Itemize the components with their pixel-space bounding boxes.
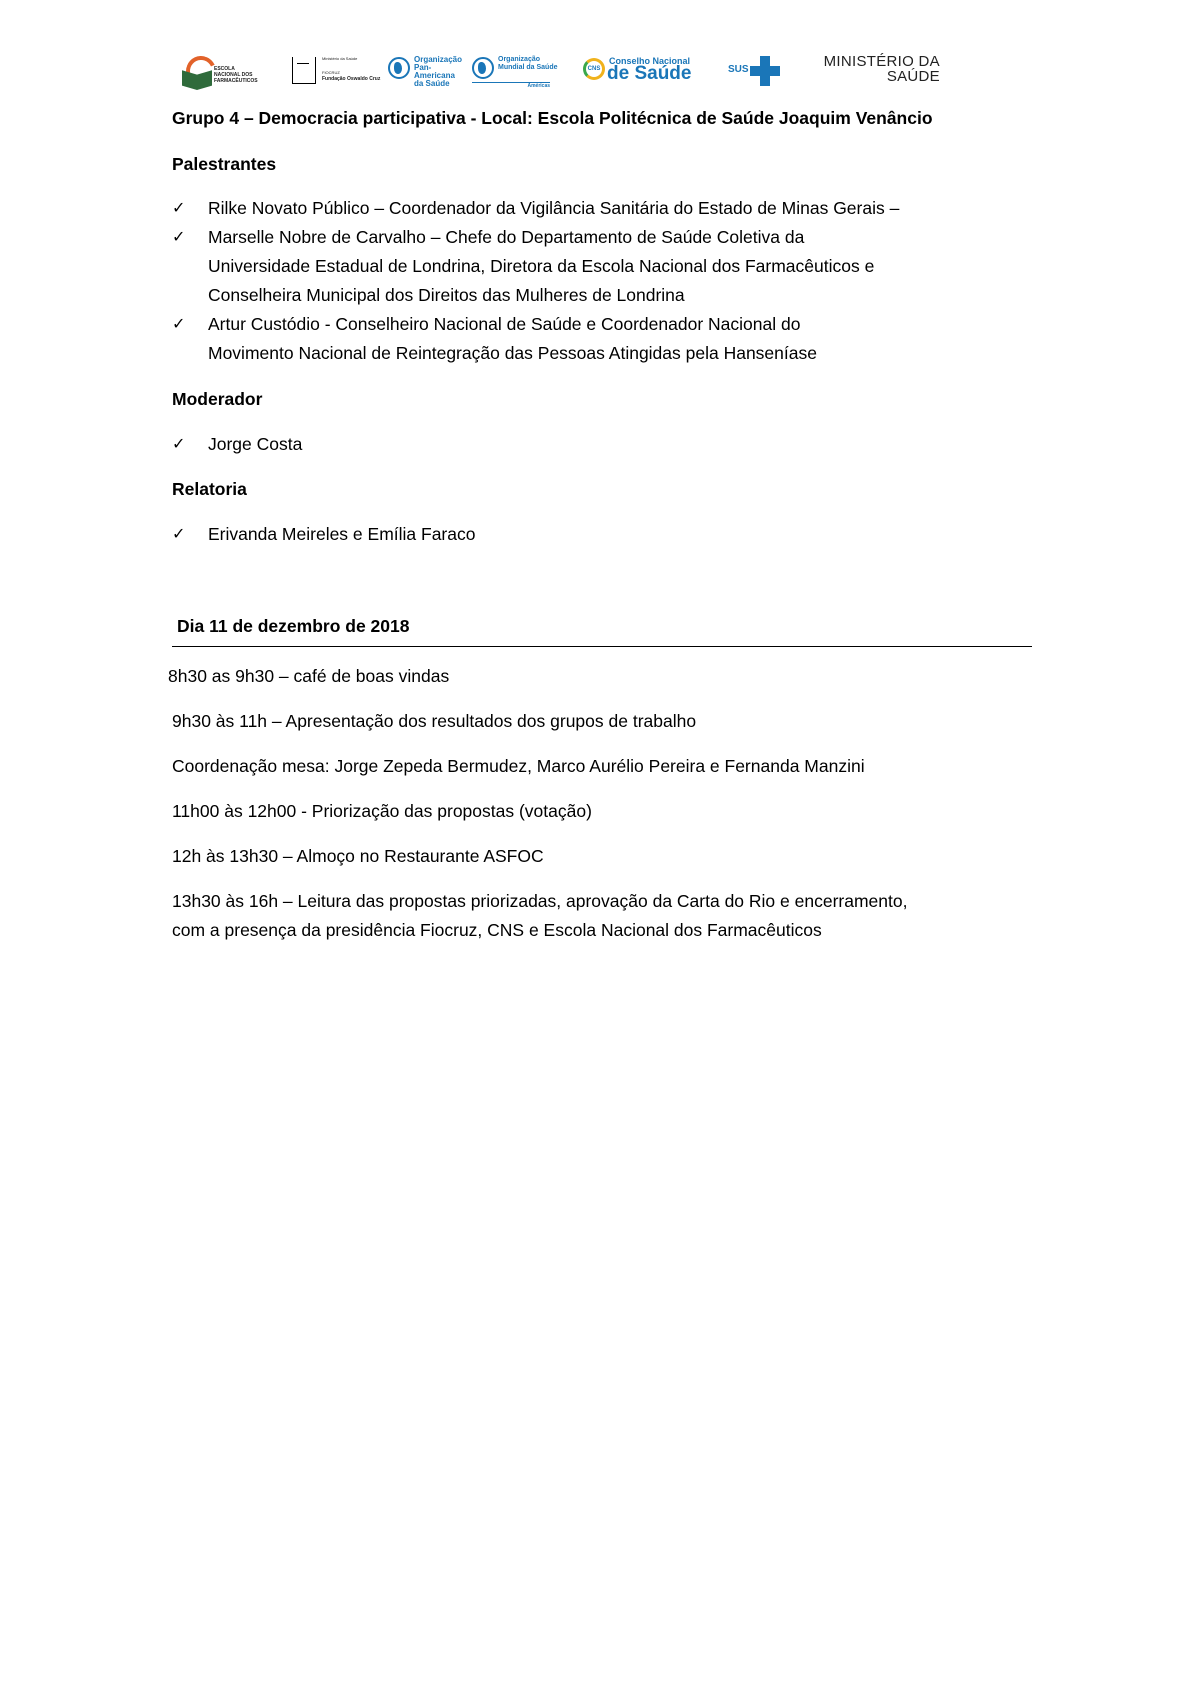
- logo-text: SUS: [728, 64, 749, 75]
- speaker-item: ✓ Artur Custódio - Conselheiro Nacional …: [208, 310, 800, 339]
- checkmark-icon: ✓: [172, 310, 192, 339]
- logo-text: Ministério da Saúde: [322, 56, 357, 61]
- schedule-item-continued: com a presença da presidência Fiocruz, C…: [172, 916, 822, 945]
- speaker-text: Universidade Estadual de Londrina, Diret…: [208, 256, 874, 276]
- moderator-heading: Moderador: [172, 385, 262, 414]
- logo-text: SAÚDE: [810, 69, 940, 84]
- speaker-text: Conselheira Municipal dos Direitos das M…: [208, 285, 685, 305]
- logo-text: Fundação Oswaldo Cruz: [322, 76, 380, 82]
- logo-ministerio-saude: MINISTÉRIO DA SAÚDE: [810, 54, 940, 96]
- day-heading: Dia 11 de dezembro de 2018: [177, 612, 409, 641]
- logo-sus: SUS: [728, 54, 788, 96]
- day-heading-rule: [172, 646, 1032, 647]
- speaker-item-continued: Universidade Estadual de Londrina, Diret…: [208, 252, 874, 281]
- schedule-item: Coordenação mesa: Jorge Zepeda Bermudez,…: [172, 752, 865, 781]
- logo-oms: Organização Mundial da Saúde Américas: [472, 54, 562, 96]
- moderator-item: ✓ Jorge Costa: [208, 430, 302, 459]
- speaker-item: ✓ Rilke Novato Público – Coordenador da …: [208, 194, 899, 223]
- schedule-item: 8h30 as 9h30 – café de boas vindas: [168, 662, 449, 691]
- logo-text: FIOCRUZ: [322, 70, 340, 75]
- cross-icon: [760, 56, 770, 86]
- group-title: Grupo 4 – Democracia participativa - Loc…: [172, 104, 933, 133]
- speaker-item: ✓ Marselle Nobre de Carvalho – Chefe do …: [208, 223, 804, 252]
- checkmark-icon: ✓: [172, 223, 192, 252]
- speakers-heading: Palestrantes: [172, 150, 276, 179]
- header-logos: ESCOLA NACIONAL DOS FARMACÊUTICOS Minist…: [180, 54, 1020, 96]
- speaker-item-continued: Conselheira Municipal dos Direitos das M…: [208, 281, 685, 310]
- report-heading: Relatoria: [172, 475, 247, 504]
- moderator-name: Jorge Costa: [208, 434, 302, 454]
- speaker-text: Marselle Nobre de Carvalho – Chefe do De…: [208, 227, 804, 247]
- logo-fiocruz: Ministério da Saúde FIOCRUZ Fundação Osw…: [292, 54, 392, 96]
- logo-text: Pan-Americana: [414, 64, 468, 80]
- logo-text: da Saúde: [414, 80, 468, 88]
- schedule-item: 9h30 às 11h – Apresentação dos resultado…: [172, 707, 696, 736]
- logo-conselho-nacional-saude: CNS Conselho Nacional de Saúde: [583, 54, 698, 96]
- speaker-text: Rilke Novato Público – Coordenador da Vi…: [208, 198, 899, 218]
- logo-text: Américas: [472, 82, 550, 89]
- schedule-item: 12h às 13h30 – Almoço no Restaurante ASF…: [172, 842, 544, 871]
- checkmark-icon: ✓: [172, 520, 192, 549]
- speaker-text: Artur Custódio - Conselheiro Nacional de…: [208, 314, 800, 334]
- castle-icon: [292, 57, 316, 84]
- checkmark-icon: ✓: [172, 430, 192, 459]
- schedule-item: 13h30 às 16h – Leitura das propostas pri…: [172, 887, 907, 916]
- cns-badge-icon: CNS: [583, 58, 605, 80]
- logo-text: MINISTÉRIO DA: [810, 54, 940, 69]
- schedule-item: 11h00 às 12h00 - Priorização das propost…: [172, 797, 592, 826]
- report-names: Erivanda Meireles e Emília Faraco: [208, 524, 475, 544]
- report-item: ✓ Erivanda Meireles e Emília Faraco: [208, 520, 475, 549]
- speaker-item-continued: Movimento Nacional de Reintegração das P…: [208, 339, 817, 368]
- checkmark-icon: ✓: [172, 194, 192, 223]
- logo-text: de Saúde: [607, 63, 691, 85]
- logo-text: FARMACÊUTICOS: [214, 78, 260, 84]
- speaker-text: Movimento Nacional de Reintegração das P…: [208, 343, 817, 363]
- logo-escola-nacional-farmaceuticos: ESCOLA NACIONAL DOS FARMACÊUTICOS: [180, 54, 260, 96]
- globe-icon: [388, 57, 410, 79]
- logo-opas: Organização Pan-Americana da Saúde: [388, 54, 468, 96]
- logo-text: Organização: [498, 56, 558, 64]
- who-globe-icon: [472, 57, 494, 79]
- logo-text: Mundial da Saúde: [498, 64, 558, 72]
